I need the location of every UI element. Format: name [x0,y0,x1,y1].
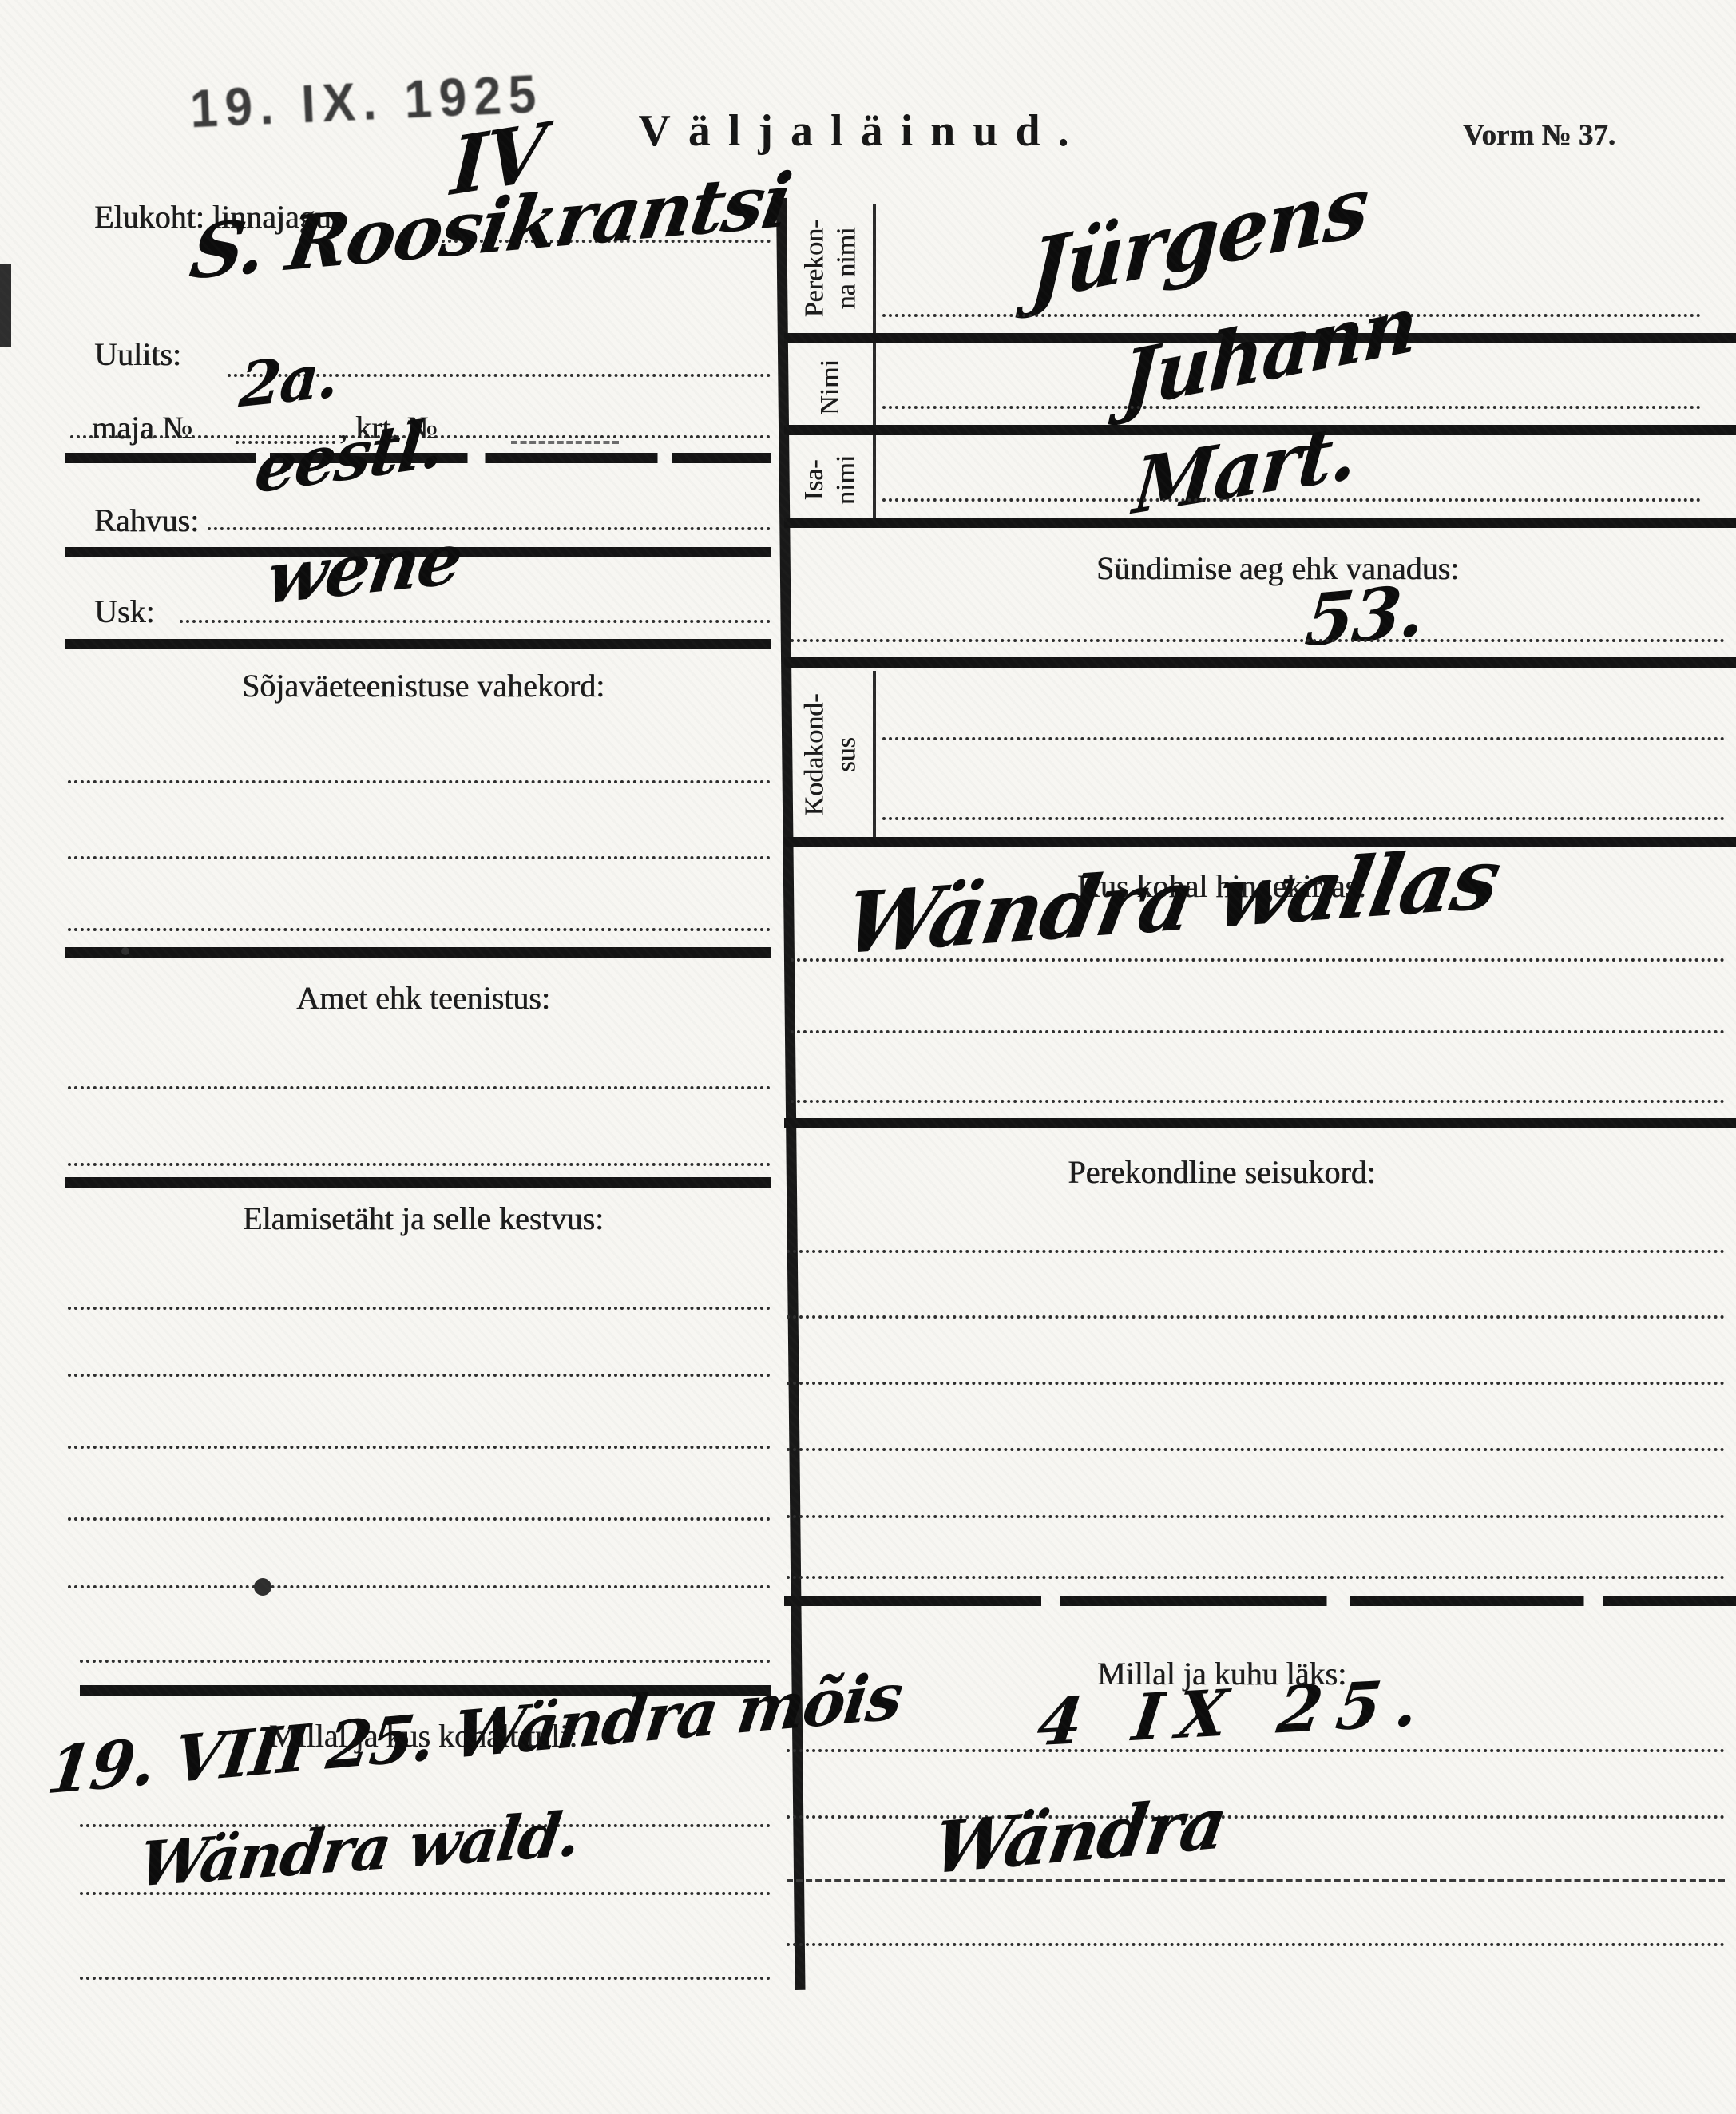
ruled-line [787,1943,1725,1946]
section-bar [65,1177,771,1188]
ruled-line [787,1382,1725,1385]
field-maja-value: 2a. [237,339,339,422]
section-bar [784,1596,1736,1606]
ruled-line [787,1250,1725,1253]
millal-tuli-value-line1: 19. VIII 25. Wändra mõis [43,1658,906,1809]
ruled-line [787,1315,1725,1319]
nimi-label: Nimi [787,345,874,429]
scan-artifact [254,1578,271,1596]
ruled-line [68,1446,771,1449]
field-maja-label: maja № [92,409,192,446]
ruled-line [511,441,619,444]
ruled-line [68,1307,771,1310]
elamisetaht-heading: Elamisetäht ja selle kestvus: [72,1200,775,1237]
ruled-line [68,780,771,783]
ruled-line [68,1163,771,1166]
sojavaeteenistus-heading: Sõjaväeteenistuse vahekord: [72,667,775,704]
field-rahvus-value: eestl. [252,404,446,509]
amet-heading: Amet ehk teenistus: [72,979,775,1017]
ruled-line [882,737,1725,740]
ruled-line [787,1448,1725,1451]
ruled-line [68,1374,771,1377]
sundimise-value: 53. [1302,569,1426,663]
ruled-line [882,498,1701,502]
ruled-line [80,1892,771,1895]
ruled-line [80,1977,771,1980]
section-bar [65,639,771,649]
form-number: Vorm № 37. [1463,118,1615,153]
ruled-line [68,856,771,859]
ruled-line [787,1879,1725,1882]
field-uulits-label: Uulits: [94,335,181,373]
isanimi-label: Isa- nimi [787,435,874,525]
section-bar [784,1118,1736,1128]
page-title: Väljaläinud. [583,105,1142,157]
scan-artifact [121,947,129,955]
nimi-value: Juhann [1120,277,1418,427]
ruled-line [80,1660,771,1663]
ruled-line [791,639,1725,642]
perekondline-heading: Perekondline seisukord: [862,1153,1581,1191]
field-usk-value: wene [262,515,467,621]
millal-laks-place: Wändra [928,1780,1231,1890]
registration-card: 19. IX. 1925 Väljaläinud. Vorm № 37. Elu… [0,0,1736,2114]
ruled-line [787,1749,1725,1752]
section-bar [784,518,1736,528]
ruled-line [882,406,1701,409]
millal-tuli-value-line2: Wändra wald. [135,1798,585,1901]
perekonnanimi-label: Perekon- na nimi [787,200,874,337]
ruled-line [787,1815,1725,1819]
ruled-line [180,620,771,623]
ruled-line [787,1576,1725,1579]
section-bar [65,947,771,958]
ruled-line [791,958,1725,962]
field-rahvus-label: Rahvus: [94,502,199,539]
ruled-line [882,817,1725,820]
ruled-line [68,1585,771,1588]
field-usk-label: Usk: [94,593,155,630]
kodakondsus-label: Kodakond- sus [787,669,874,840]
ruled-line [68,928,771,931]
ruled-line [68,1517,771,1521]
ruled-line [787,1515,1725,1518]
ruled-line [208,527,771,530]
scan-artifact [0,264,11,347]
section-bar [784,657,1736,668]
sundimise-heading: Sündimise aeg ehk vanadus: [878,549,1677,587]
ruled-line [791,1030,1725,1033]
ruled-line [68,1086,771,1089]
ruled-line [791,1100,1725,1103]
hingekirjas-value: Wändra wallas [838,828,1507,974]
